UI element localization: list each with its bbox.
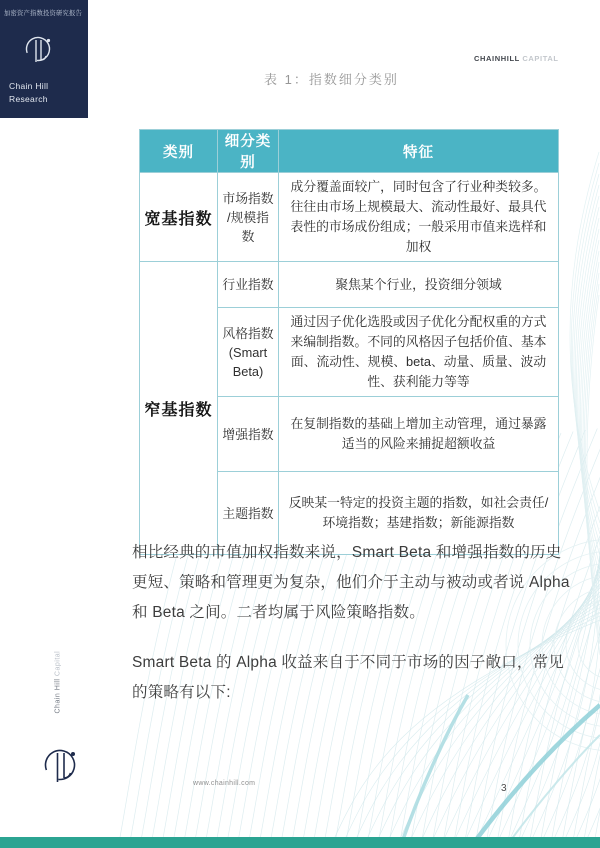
subcategory-market-scale: 市场指数 /规模指数 bbox=[218, 173, 279, 262]
body-text: 相比经典的市值加权指数来说，Smart Beta 和增强指数的历史更短、策略和管… bbox=[132, 538, 572, 728]
feature-enhanced: 在复制指数的基础上增加主动管理，通过暴露适当的风险来捕捉超额收益 bbox=[279, 397, 559, 472]
page-number: 3 bbox=[501, 783, 507, 794]
sidebar-brand-line2: Research bbox=[9, 93, 48, 106]
feature-industry: 聚焦某个行业，投资细分领域 bbox=[279, 262, 559, 308]
feature-style-smart-beta: 通过因子优化选股或因子优化分配权重的方式来编制指数。不同的风格因子包括价值、基本… bbox=[279, 308, 559, 397]
chainhill-logo-icon bbox=[43, 745, 83, 789]
chainhill-logo-icon bbox=[24, 34, 56, 68]
column-header-feature: 特征 bbox=[279, 130, 559, 173]
category-narrow-base: 窄基指数 bbox=[140, 262, 218, 555]
index-category-table: 类别 细分类别 特征 宽基指数 市场指数 /规模指数 成分覆盖面较广，同时包含了… bbox=[139, 129, 559, 555]
table-row: 宽基指数 市场指数 /规模指数 成分覆盖面较广，同时包含了行业种类较多。往往由市… bbox=[140, 173, 559, 262]
column-header-subcategory: 细分类别 bbox=[218, 130, 279, 173]
paragraph-smart-beta-intro: 相比经典的市值加权指数来说，Smart Beta 和增强指数的历史更短、策略和管… bbox=[132, 538, 572, 628]
category-broad-base: 宽基指数 bbox=[140, 173, 218, 262]
report-title-vertical: 加密资产指数投资研究报告 bbox=[4, 8, 84, 17]
sidebar-brand-name: Chain Hill Research bbox=[9, 80, 48, 105]
report-page: 加密资产指数投资研究报告 Chain Hill Research CHAINHI… bbox=[0, 0, 600, 848]
subcategory-enhanced: 增强指数 bbox=[218, 397, 279, 472]
feature-market-scale: 成分覆盖面较广，同时包含了行业种类较多。往往由市场上规模最大、流动性最好、最具代… bbox=[279, 173, 559, 262]
subcategory-industry: 行业指数 bbox=[218, 262, 279, 308]
footer-vertical-brand: Chain Hill Capital bbox=[55, 658, 62, 714]
footer-website: www.chainhill.com bbox=[193, 780, 255, 787]
header-brand-secondary: CAPITAL bbox=[522, 54, 558, 63]
footer-accent-bar bbox=[0, 837, 600, 848]
column-header-category: 类别 bbox=[140, 130, 218, 173]
paragraph-alpha-strategies: Smart Beta 的 Alpha 收益来自于不同于市场的因子敞口，常见的策略… bbox=[132, 648, 572, 708]
footer-vertical-brand-secondary: Capital bbox=[55, 651, 62, 676]
sidebar-brand-block: 加密资产指数投资研究报告 Chain Hill Research bbox=[0, 0, 88, 118]
subcategory-style-smart-beta: 风格指数 (Smart Beta) bbox=[218, 308, 279, 397]
table-title: 表 1：指数细分类别 bbox=[264, 69, 399, 88]
header-brand: CHAINHILL CAPITAL bbox=[474, 54, 559, 63]
table-header-row: 类别 细分类别 特征 bbox=[140, 130, 559, 173]
table-row: 窄基指数 行业指数 聚焦某个行业，投资细分领域 bbox=[140, 262, 559, 308]
sidebar-brand-line1: Chain Hill bbox=[9, 80, 48, 93]
footer-vertical-brand-primary: Chain Hill bbox=[55, 679, 62, 714]
header-brand-primary: CHAINHILL bbox=[474, 54, 520, 63]
